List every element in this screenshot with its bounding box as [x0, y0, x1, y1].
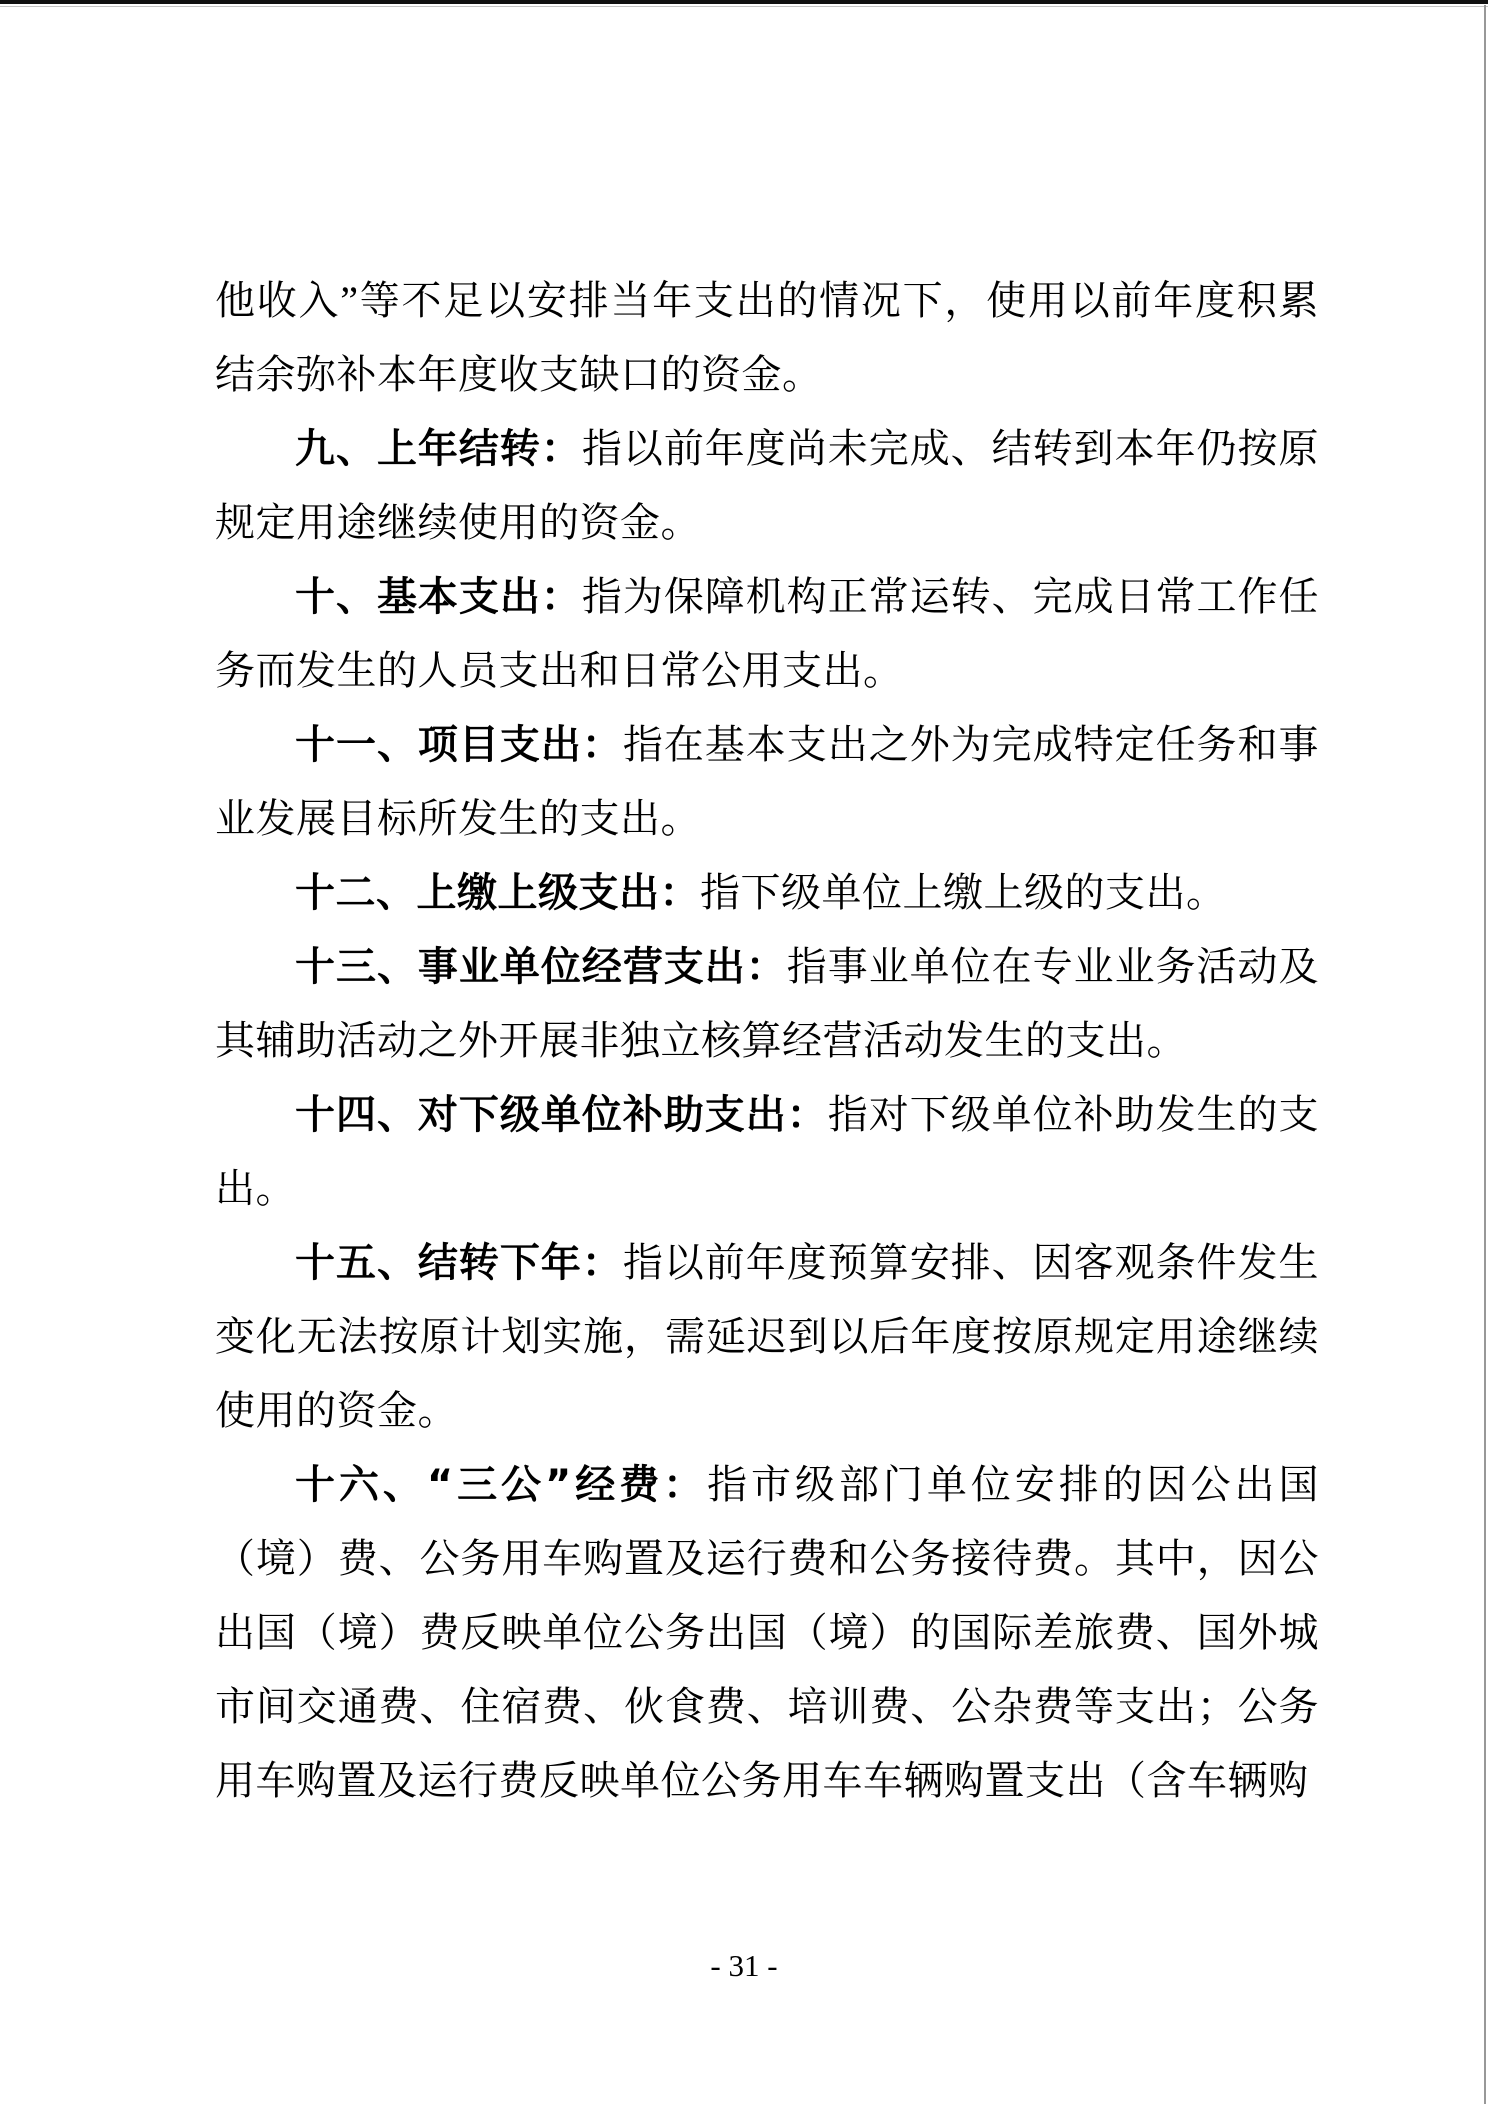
term-paragraph: 九、上年结转：指以前年度尚未完成、结转到本年仍按原规定用途继续使用的资金。: [215, 412, 1319, 560]
document-body: 他收入”等不足以安排当年支出的情况下，使用以前年度积累结余弥补本年度收支缺口的资…: [215, 264, 1319, 1818]
term-paragraph: 十、基本支出：指为保障机构正常运转、完成日常工作任务而发生的人员支出和日常公用支…: [215, 560, 1319, 708]
term-label: 十一、项目支出：: [295, 722, 623, 768]
scan-top-bar: [0, 0, 1488, 4]
page-right-edge-line: [1484, 5, 1486, 2104]
term-label: 九、上年结转：: [295, 426, 582, 472]
term-paragraph: 十六、“三公”经费：指市级部门单位安排的因公出国（境）费、公务用车购置及运行费和…: [215, 1448, 1319, 1818]
term-paragraph: 十四、对下级单位补助支出：指对下级单位补助发生的支出。: [215, 1078, 1319, 1226]
paragraph-continuation: 他收入”等不足以安排当年支出的情况下，使用以前年度积累结余弥补本年度收支缺口的资…: [215, 264, 1319, 412]
term-paragraph: 十五、结转下年：指以前年度预算安排、因客观条件发生变化无法按原计划实施，需延迟到…: [215, 1226, 1319, 1448]
term-label: 十二、上缴上级支出：: [295, 870, 700, 916]
definition-text: 指下级单位上缴上级的支出。: [700, 870, 1227, 915]
term-label: 十四、对下级单位补助支出：: [295, 1092, 828, 1138]
term-paragraph: 十三、事业单位经营支出：指事业单位在专业业务活动及其辅助活动之外开展非独立核算经…: [215, 930, 1319, 1078]
page-number: - 31 -: [0, 1948, 1488, 1984]
document-page: 他收入”等不足以安排当年支出的情况下，使用以前年度积累结余弥补本年度收支缺口的资…: [0, 0, 1488, 2104]
definition-text: 指市级部门单位安排的因公出国（境）费、公务用车购置及运行费和公务接待费。其中，因…: [215, 1462, 1319, 1803]
term-label: 十三、事业单位经营支出：: [295, 944, 787, 990]
term-label: 十、基本支出：: [295, 574, 582, 620]
term-label: 十六、“三公”经费：: [295, 1462, 707, 1508]
page-top-edge-line: [0, 6, 1488, 7]
term-label: 十五、结转下年：: [295, 1240, 623, 1286]
term-paragraph: 十二、上缴上级支出：指下级单位上缴上级的支出。: [215, 856, 1319, 930]
definition-text: 他收入”等不足以安排当年支出的情况下，使用以前年度积累结余弥补本年度收支缺口的资…: [215, 278, 1319, 397]
term-paragraph: 十一、项目支出：指在基本支出之外为完成特定任务和事业发展目标所发生的支出。: [215, 708, 1319, 856]
